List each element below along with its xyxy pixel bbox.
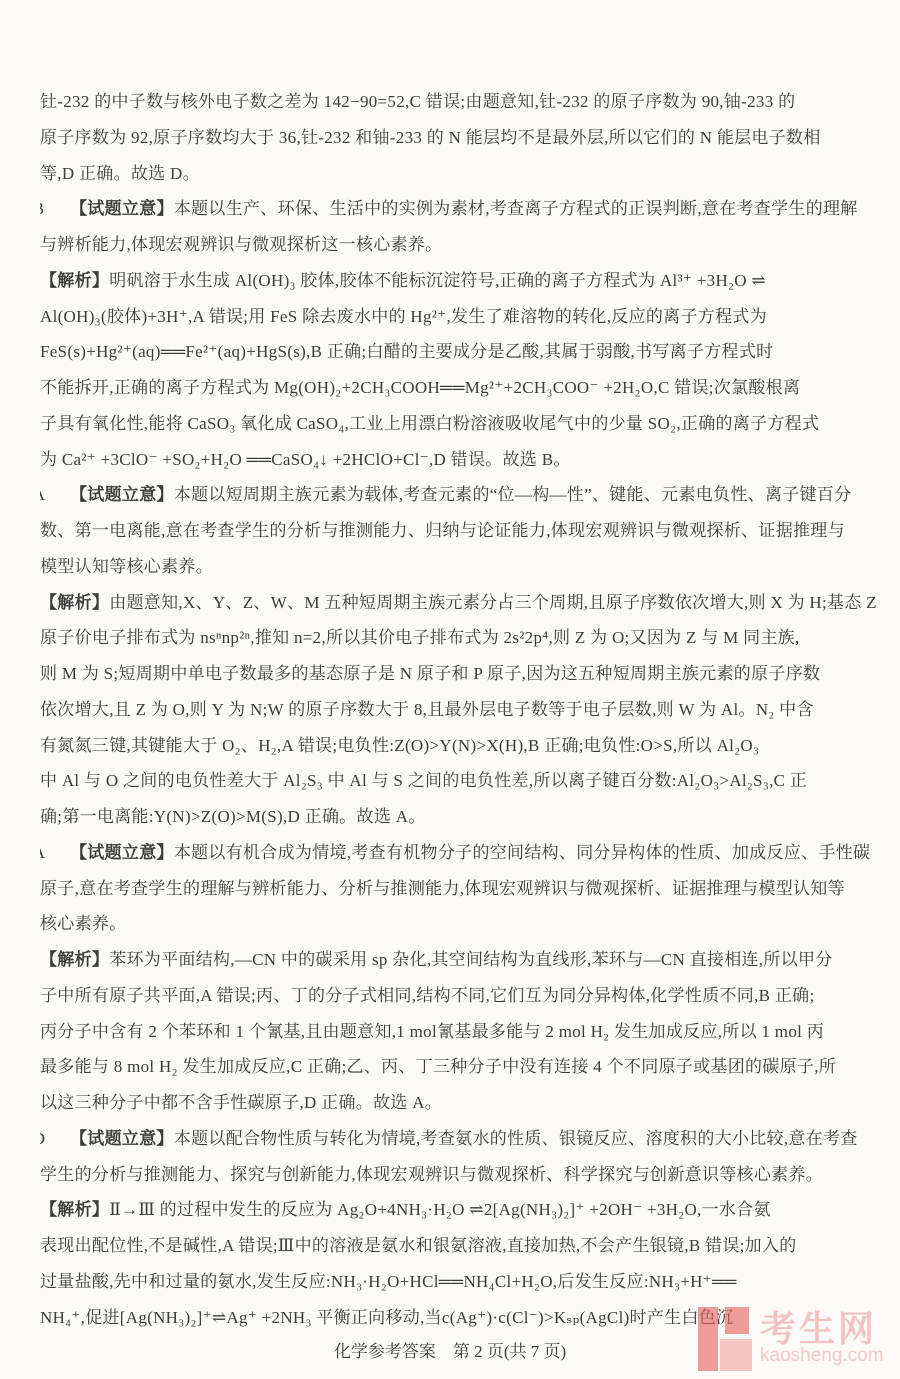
line-text: 以这三种分子中都不含手性碳原子,D 正确。故选 A。 [40, 1093, 442, 1112]
line-text: 丙分子中含有 2 个苯环和 1 个氰基,且由题意知,1 mol氰基最多能与 2 … [40, 1022, 824, 1041]
line-text: 原子序数为 92,原子序数均大于 36,钍-232 和铀-233 的 N 能层均… [40, 128, 821, 147]
text-line: 最多能与 8 mol H₂ 发生加成反应,C 正确;乙、丙、丁三种分子中没有连接… [40, 1049, 882, 1085]
answer-item-4-continuation: 钍-232 的中子数与核外电子数之差为 142−90=52,C 错误;由题意知,… [0, 84, 882, 191]
text-line: 中 Al 与 O 之间的电负性差大于 Al₂S₃ 中 Al 与 S 之间的电负性… [40, 763, 882, 799]
line-text: 模型认知等核心素养。 [40, 557, 213, 576]
text-line: 与辨析能力,体现宏观辨识与微观探析这一核心素养。 [40, 227, 882, 263]
line-text: 由题意知,X、Y、Z、W、M 五种短周期主族元素分占三个周期,且原子序数依次增大… [109, 593, 877, 612]
line-text: 原子,意在考查学生的理解与辨析能力、分析与推测能力,体现宏观辨识与微观探析、证据… [40, 879, 845, 898]
section-marker: 【试题立意】 [70, 199, 174, 218]
text-line: 子具有氧化性,能将 CaSO₃ 氧化成 CaSO₄,工业上用漂白粉溶液吸收尾气中… [40, 406, 882, 442]
line-text: 本题以生产、环保、生活中的实例为素材,考查离子方程式的正误判断,意在考查学生的理… [174, 199, 858, 218]
line-text: 明矾溶于水生成 Al(OH)₃ 胶体,胶体不能标沉淀符号,正确的离子方程式为 A… [109, 271, 766, 290]
text-line: 【解析】苯环为平面结构,—CN 中的碳采用 sp 杂化,其空间结构为直线形,苯环… [40, 942, 882, 978]
text-line: 不能拆开,正确的离子方程式为 Mg(OH)₂+2CH₃COOH══Mg²⁺+2C… [40, 370, 882, 406]
section-marker: 【试题立意】 [70, 843, 174, 862]
text-line: 原子价电子排布式为 nsⁿnp²ⁿ,推知 n=2,所以其价电子排布式为 2s²2… [40, 620, 882, 656]
text-line: 原子,意在考查学生的理解与辨析能力、分析与推测能力,体现宏观辨识与微观探析、证据… [40, 871, 882, 907]
text-line: 5.B【试题立意】本题以生产、环保、生活中的实例为素材,考查离子方程式的正误判断… [40, 191, 882, 227]
text-line: 则 M 为 S;短周期中单电子数最多的基态原子是 N 原子和 P 原子,因为这五… [40, 656, 882, 692]
text-line: 【解析】明矾溶于水生成 Al(OH)₃ 胶体,胶体不能标沉淀符号,正确的离子方程… [40, 263, 882, 299]
text-line: 钍-232 的中子数与核外电子数之差为 142−90=52,C 错误;由题意知,… [40, 84, 882, 120]
text-line: 表现出配位性,不是碱性,A 错误;Ⅲ中的溶液是氨水和银氨溶液,直接加热,不会产生… [40, 1228, 882, 1264]
question-number: 5.B [40, 191, 70, 227]
line-text: 为 Ca²⁺ +3ClO⁻ +SO₂+H₂O ══CaSO₄↓ +2HClO+C… [40, 450, 571, 469]
line-text: NH₄⁺,促进[Ag(NH₃)₂]⁺⇌Ag⁺ +2NH₃ 平衡正向移动,当c(A… [40, 1308, 733, 1327]
text-line: 确;第一电离能:Y(N)>Z(O)>M(S),D 正确。故选 A。 [40, 799, 882, 835]
text-line: 核心素养。 [40, 906, 882, 942]
line-text: Al(OH)₃(胶体)+3H⁺,A 错误;用 FeS 除去废水中的 Hg²⁺,发… [40, 307, 767, 326]
line-text: 确;第一电离能:Y(N)>Z(O)>M(S),D 正确。故选 A。 [40, 807, 426, 826]
question-number: 6.A [40, 477, 70, 513]
line-text: 表现出配位性,不是碱性,A 错误;Ⅲ中的溶液是氨水和银氨溶液,直接加热,不会产生… [40, 1236, 797, 1255]
line-text: 过量盐酸,先中和过量的氨水,发生反应:NH₃·H₂O+HCl══NH₄Cl+H₂… [40, 1272, 737, 1291]
section-marker: 【解析】 [40, 1200, 109, 1219]
question-number: 7.A [40, 835, 70, 871]
text-line: 7.A【试题立意】本题以有机合成为情境,考查有机物分子的空间结构、同分异构体的性… [40, 835, 882, 871]
text-line: 学生的分析与推测能力、探究与创新能力,体现宏观辨识与微观探析、科学探究与创新意识… [40, 1157, 882, 1193]
line-text: 本题以有机合成为情境,考查有机物分子的空间结构、同分异构体的性质、加成反应、手性… [174, 843, 871, 862]
answer-item-7: 7.A【试题立意】本题以有机合成为情境,考查有机物分子的空间结构、同分异构体的性… [0, 835, 882, 1121]
line-text: 学生的分析与推测能力、探究与创新能力,体现宏观辨识与微观探析、科学探究与创新意识… [40, 1165, 823, 1184]
section-marker: 【解析】 [40, 593, 109, 612]
text-line: FeS(s)+Hg²⁺(aq)══Fe²⁺(aq)+HgS(s),B 正确;白醋… [40, 334, 882, 370]
section-marker: 【解析】 [40, 950, 109, 969]
line-text: 依次增大,且 Z 为 O,则 Y 为 N;W 的原子序数大于 8,且最外层电子数… [40, 700, 814, 719]
line-text: 核心素养。 [40, 914, 127, 933]
text-line: 过量盐酸,先中和过量的氨水,发生反应:NH₃·H₂O+HCl══NH₄Cl+H₂… [40, 1264, 882, 1300]
line-text: FeS(s)+Hg²⁺(aq)══Fe²⁺(aq)+HgS(s),B 正确;白醋… [40, 342, 773, 361]
section-marker: 【试题立意】 [70, 1129, 174, 1148]
section-marker: 【解析】 [40, 271, 109, 290]
line-text: 数、第一电离能,意在考查学生的分析与推测能力、归纳与论证能力,体现宏观辨识与微观… [40, 521, 845, 540]
line-text: 子中所有原子共平面,A 错误;丙、丁的分子式相同,结构不同,它们互为同分异构体,… [40, 986, 814, 1005]
line-text: 中 Al 与 O 之间的电负性差大于 Al₂S₃ 中 Al 与 S 之间的电负性… [40, 771, 807, 790]
watermark-en-text: kaosheng.com [760, 1345, 884, 1367]
line-text: 最多能与 8 mol H₂ 发生加成反应,C 正确;乙、丙、丁三种分子中没有连接… [40, 1057, 836, 1076]
text-line: 等,D 正确。故选 D。 [40, 156, 882, 192]
text-line: 依次增大,且 Z 为 O,则 Y 为 N;W 的原子序数大于 8,且最外层电子数… [40, 692, 882, 728]
line-text: 本题以配合物性质与转化为情境,考查氨水的性质、银镜反应、溶度积的大小比较,意在考… [174, 1129, 858, 1148]
kaosheng-logo-icon [698, 1307, 754, 1373]
text-line: 模型认知等核心素养。 [40, 549, 882, 585]
line-text: 等,D 正确。故选 D。 [40, 164, 200, 183]
text-line: 以这三种分子中都不含手性碳原子,D 正确。故选 A。 [40, 1085, 882, 1121]
text-line: 【解析】由题意知,X、Y、Z、W、M 五种短周期主族元素分占三个周期,且原子序数… [40, 585, 882, 621]
question-number: 8.D [40, 1121, 70, 1157]
text-line: 数、第一电离能,意在考查学生的分析与推测能力、归纳与论证能力,体现宏观辨识与微观… [40, 513, 882, 549]
text-line: 8.D【试题立意】本题以配合物性质与转化为情境,考查氨水的性质、银镜反应、溶度积… [40, 1121, 882, 1157]
answer-sheet-page: 钍-232 的中子数与核外电子数之差为 142−90=52,C 错误;由题意知,… [0, 84, 882, 1335]
text-line: 有氮氮三键,其键能大于 O₂、H₂,A 错误;电负性:Z(O)>Y(N)>X(H… [40, 728, 882, 764]
answer-item-5: 5.B【试题立意】本题以生产、环保、生活中的实例为素材,考查离子方程式的正误判断… [0, 191, 882, 477]
text-line: 原子序数为 92,原子序数均大于 36,钍-232 和铀-233 的 N 能层均… [40, 120, 882, 156]
text-line: 6.A【试题立意】本题以短周期主族元素为载体,考查元素的“位—构—性”、键能、元… [40, 477, 882, 513]
line-text: 本题以短周期主族元素为载体,考查元素的“位—构—性”、键能、元素电负性、离子键百… [174, 485, 852, 504]
line-text: 则 M 为 S;短周期中单电子数最多的基态原子是 N 原子和 P 原子,因为这五… [40, 664, 820, 683]
text-line: 丙分子中含有 2 个苯环和 1 个氰基,且由题意知,1 mol氰基最多能与 2 … [40, 1014, 882, 1050]
line-text: 苯环为平面结构,—CN 中的碳采用 sp 杂化,其空间结构为直线形,苯环与—CN… [109, 950, 832, 969]
watermark: 考生网 kaosheng.com [698, 1299, 894, 1379]
text-line: 为 Ca²⁺ +3ClO⁻ +SO₂+H₂O ══CaSO₄↓ +2HClO+C… [40, 442, 882, 478]
line-text: 原子价电子排布式为 nsⁿnp²ⁿ,推知 n=2,所以其价电子排布式为 2s²2… [40, 628, 800, 647]
section-marker: 【试题立意】 [70, 485, 174, 504]
line-text: 钍-232 的中子数与核外电子数之差为 142−90=52,C 错误;由题意知,… [40, 92, 795, 111]
text-line: Al(OH)₃(胶体)+3H⁺,A 错误;用 FeS 除去废水中的 Hg²⁺,发… [40, 299, 882, 335]
line-text: 与辨析能力,体现宏观辨识与微观探析这一核心素养。 [40, 235, 442, 254]
text-line: 子中所有原子共平面,A 错误;丙、丁的分子式相同,结构不同,它们互为同分异构体,… [40, 978, 882, 1014]
answer-item-6: 6.A【试题立意】本题以短周期主族元素为载体,考查元素的“位—构—性”、键能、元… [0, 477, 882, 835]
text-line: 【解析】Ⅱ→Ⅲ 的过程中发生的反应为 Ag₂O+4NH₃·H₂O ⇌2[Ag(N… [40, 1192, 882, 1228]
line-text: Ⅱ→Ⅲ 的过程中发生的反应为 Ag₂O+4NH₃·H₂O ⇌2[Ag(NH₃)₂… [109, 1200, 771, 1219]
line-text: 子具有氧化性,能将 CaSO₃ 氧化成 CaSO₄,工业上用漂白粉溶液吸收尾气中… [40, 414, 819, 433]
line-text: 不能拆开,正确的离子方程式为 Mg(OH)₂+2CH₃COOH══Mg²⁺+2C… [40, 378, 800, 397]
line-text: 有氮氮三键,其键能大于 O₂、H₂,A 错误;电负性:Z(O)>Y(N)>X(H… [40, 736, 759, 755]
